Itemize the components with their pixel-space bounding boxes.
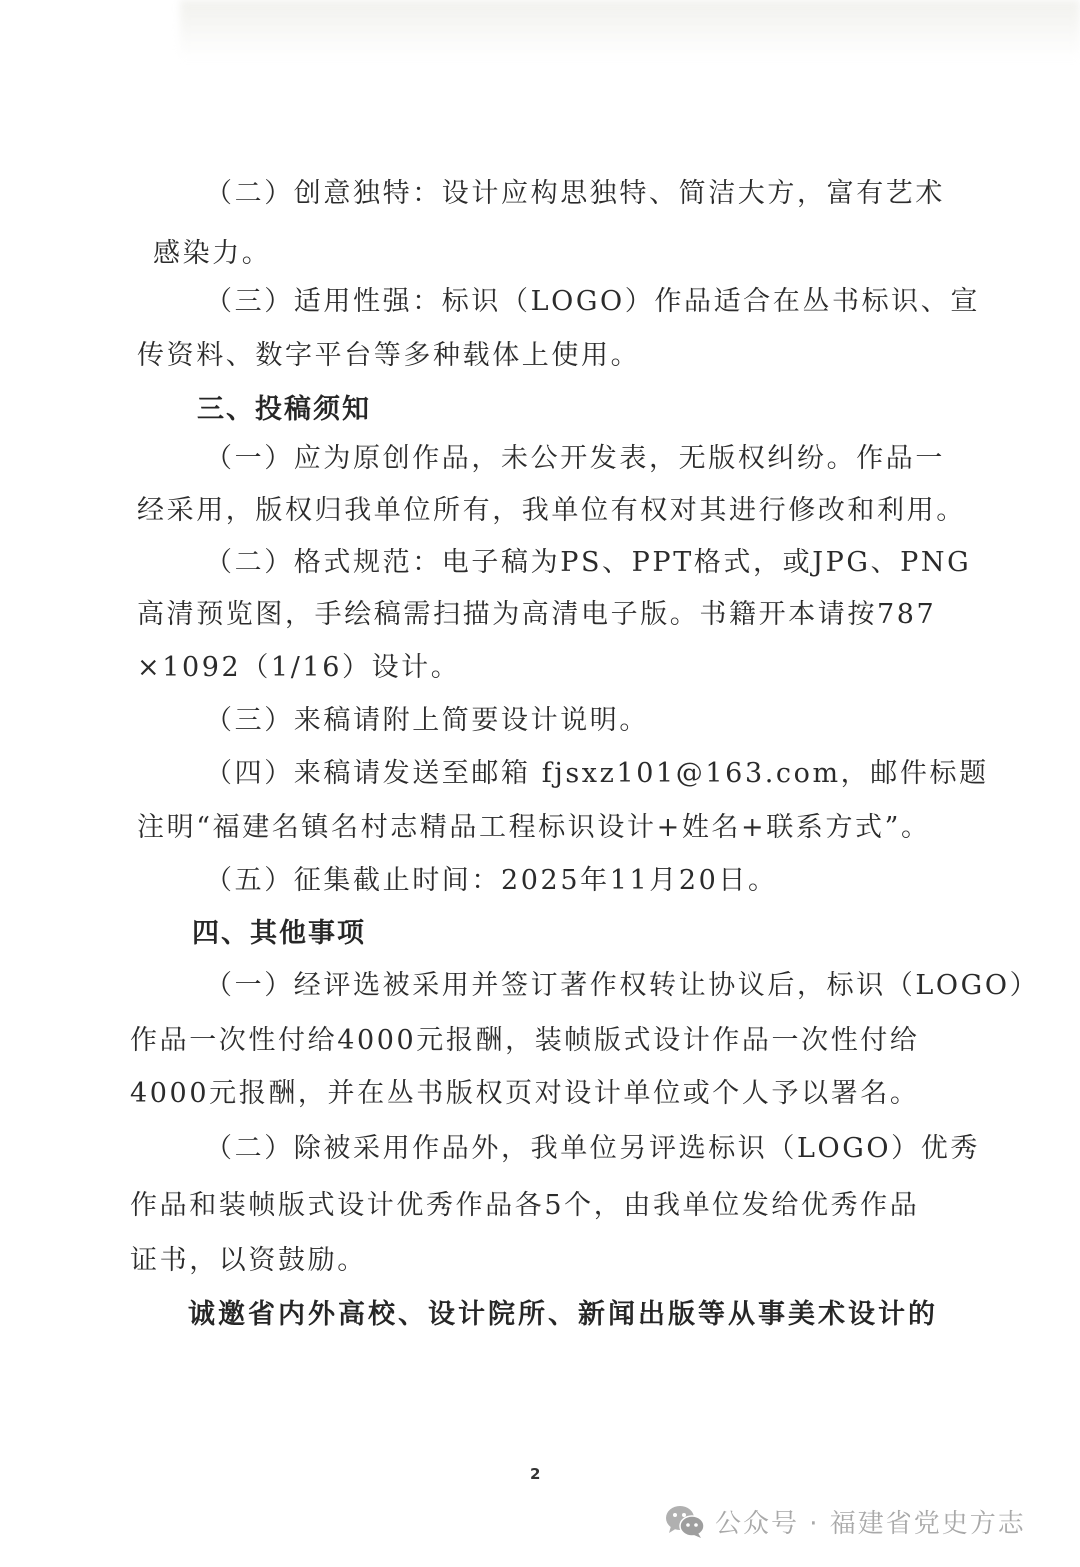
- para-line-creativity-cont: 感染力。: [153, 237, 271, 271]
- para-line-format: （二）格式规范：电子稿为PS、PPT格式，或JPG、PNG: [205, 546, 971, 580]
- para-line-description: （三）来稿请附上简要设计说明。: [205, 704, 649, 738]
- para-line-applicability: （三）适用性强：标识（LOGO）作品适合在丛书标识、宣: [205, 285, 980, 319]
- para-line-format-cont: 高清预览图，手绘稿需扫描为高清电子版。书籍开本请按787: [137, 598, 936, 632]
- watermark-text: 公众号 · 福建省党史方志: [715, 1503, 1026, 1540]
- page-number: 2: [530, 1465, 540, 1483]
- document-page: （二）创意独特：设计应构思独特、简洁大方，富有艺术 感染力。 （三）适用性强：标…: [0, 0, 1080, 1567]
- para-line-email: （四）来稿请发送至邮箱 fjsxz101@163.com，邮件标题: [205, 757, 989, 791]
- section-heading-submission: 三、投稿须知: [197, 393, 371, 427]
- para-line-reward-cont2: 4000元报酬，并在丛书版权页对设计单位或个人予以署名。: [130, 1077, 920, 1111]
- para-line-original-cont: 经采用，版权归我单位所有，我单位有权对其进行修改和利用。: [137, 494, 966, 528]
- para-line-creativity: （二）创意独特：设计应构思独特、简洁大方，富有艺术: [205, 177, 945, 211]
- para-line-excellent-cont: 作品和装帧版式设计优秀作品各5个，由我单位发给优秀作品: [130, 1189, 919, 1223]
- para-line-original: （一）应为原创作品，未公开发表，无版权纠纷。作品一: [205, 442, 945, 476]
- para-line-reward-cont: 作品一次性付给4000元报酬，装帧版式设计作品一次性付给: [130, 1024, 920, 1058]
- para-line-email-cont: 注明“福建名镇名村志精品工程标识设计+姓名+联系方式”。: [137, 811, 931, 845]
- para-line-excellent: （二）除被采用作品外，我单位另评选标识（LOGO）优秀: [205, 1132, 980, 1166]
- para-line-invitation: 诚邀省内外高校、设计院所、新闻出版等从事美术设计的: [188, 1298, 938, 1332]
- wechat-watermark: 公众号 · 福建省党史方志: [665, 1503, 1026, 1540]
- wechat-icon: [665, 1505, 705, 1539]
- para-line-reward: （一）经评选被采用并签订著作权转让协议后，标识（LOGO）: [205, 969, 1039, 1003]
- para-line-excellent-cont2: 证书，以资鼓励。: [130, 1244, 367, 1278]
- para-line-format-cont2: ×1092（1/16）设计。: [137, 651, 460, 685]
- para-line-applicability-cont: 传资料、数字平台等多种载体上使用。: [137, 339, 640, 373]
- section-heading-other: 四、其他事项: [192, 917, 366, 951]
- para-line-deadline: （五）征集截止时间：2025年11月20日。: [205, 864, 778, 898]
